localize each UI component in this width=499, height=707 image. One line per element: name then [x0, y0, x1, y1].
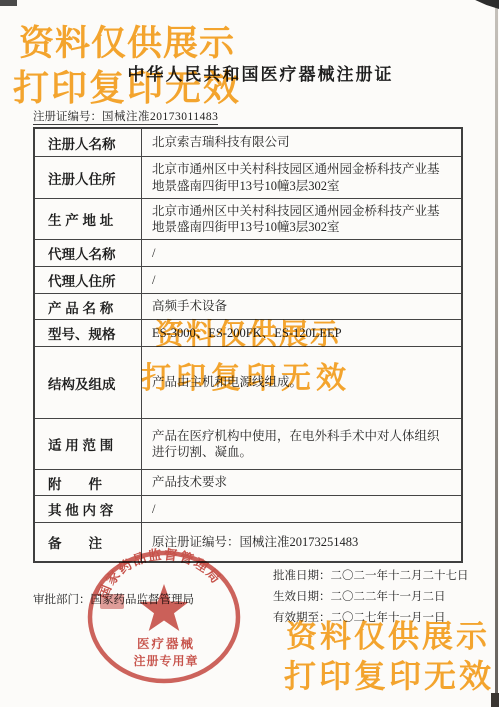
watermark-middle-line2: 打印复印无效: [141, 353, 351, 397]
seal-inner-mark: [100, 594, 124, 609]
approve-date-label: 批准日期：: [273, 570, 331, 582]
registration-number-label: 注册证编号：: [33, 111, 102, 123]
row-label: 注册人住所: [35, 157, 142, 198]
seal-text-line1: 医疗器械: [137, 636, 195, 651]
row-label: 代理人名称: [35, 240, 142, 266]
table-row: 注册人住所 北京市通州区中关村科技园区通州园金桥科技产业基地景盛南四街甲13号1…: [35, 157, 461, 199]
table-row: 生 产 地 址 北京市通州区中关村科技园区通州园金桥科技产业基地景盛南四街甲13…: [35, 199, 461, 240]
watermark-top-line2: 打印复印无效: [13, 60, 241, 111]
registration-number-value: 国械注准20173011483: [102, 111, 218, 123]
row-value: /: [142, 240, 461, 266]
official-seal: 国家药品监督管理局 医疗器械 注册专用章: [80, 544, 250, 692]
scan-edge-artifact: [495, 0, 498, 707]
table-row: 附 件 产品技术要求: [35, 470, 461, 496]
watermark-bottom-line1: 资料仅供展示: [286, 611, 490, 656]
seal-arc-text: 国家药品监督管理局: [94, 546, 224, 601]
row-value: 北京市通州区中关村科技园区通州园金桥科技产业基地景盛南四街甲13号10幢3层30…: [142, 157, 461, 198]
row-label: 其 他 内 容: [35, 496, 142, 522]
certificate-page: 中华人民共和国医疗器械注册证 注册证编号：国械注准20173011483 注册人…: [0, 0, 499, 707]
scan-corner-artifact: [0, 0, 17, 6]
row-value: 北京市通州区中关村科技园区通州园金桥科技产业基地景盛南四街甲13号10幢3层30…: [142, 199, 461, 239]
row-label: 生 产 地 址: [35, 199, 142, 239]
row-label: 型号、规格: [35, 320, 142, 346]
watermark-top-line1: 资料仅供展示: [19, 16, 235, 66]
watermark-middle-line1: 资料仅供展示: [155, 312, 341, 353]
row-label: 注册人名称: [35, 129, 142, 156]
approve-date-value: 二〇二一年十二月二十七日: [331, 570, 469, 582]
table-row: 其 他 内 容 /: [35, 496, 461, 523]
seal-star-icon: [139, 584, 188, 631]
row-value: 产品技术要求: [142, 470, 461, 495]
row-value: /: [142, 267, 461, 293]
watermark-bottom-line2: 打印复印无效: [284, 651, 494, 697]
row-label: 产 品 名 称: [35, 294, 142, 319]
table-row: 适 用 范 围 产品在医疗机构中使用，在电外科手术中对人体组织进行切割、凝血。: [35, 419, 461, 470]
row-label: 结构及组成: [35, 347, 142, 418]
row-value: /: [142, 496, 461, 522]
row-label: 代理人住所: [35, 267, 142, 293]
seal-text-line2: 注册专用章: [133, 653, 198, 668]
effect-date-line: 生效日期：二〇二二年十一月二日: [273, 587, 469, 608]
row-label: 适 用 范 围: [35, 419, 142, 469]
approve-date-line: 批准日期：二〇二一年十二月二十七日: [273, 566, 469, 587]
table-row: 代理人住所 /: [35, 267, 461, 294]
row-value: 北京索吉瑞科技有限公司: [142, 129, 461, 156]
row-label: 附 件: [35, 470, 142, 495]
table-row: 注册人名称 北京索吉瑞科技有限公司: [35, 129, 461, 157]
effect-date-label: 生效日期：: [273, 591, 331, 603]
table-row: 代理人名称 /: [35, 240, 461, 267]
row-value: 产品在医疗机构中使用，在电外科手术中对人体组织进行切割、凝血。: [142, 419, 461, 469]
effect-date-value: 二〇二二年十一月二日: [331, 591, 446, 603]
svg-text:国家药品监督管理局: 国家药品监督管理局: [94, 546, 224, 601]
